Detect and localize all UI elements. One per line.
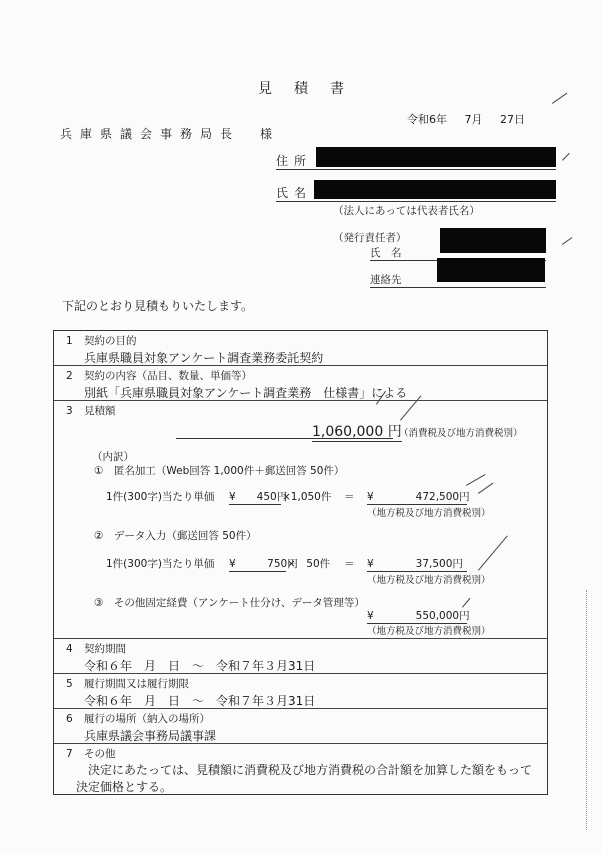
section-number: 3 xyxy=(66,405,84,417)
breakdown-label: （内訳） xyxy=(92,449,134,464)
section-delivery-place: 6履行の場所（納入の場所） 兵庫県議会事務局議事課 xyxy=(54,709,547,744)
item-1-unit-label: 1件(300字)当たり単価 xyxy=(106,489,214,504)
item-2-unit-label: 1件(300字)当たり単価 xyxy=(106,556,214,571)
check-mark xyxy=(562,237,572,245)
item-2-equals: ＝ xyxy=(344,556,355,571)
intro-text: 下記のとおり見積もりいたします。 xyxy=(62,297,253,314)
section-number: 6 xyxy=(66,713,84,725)
section-body: 決定にあたっては、見積額に消費税及び地方消費税の合計額を加算した額をもって決定価… xyxy=(54,761,541,799)
item-1-unit-price: ¥ 450円 xyxy=(229,489,281,505)
item-1-amount: ¥ 472,500円 xyxy=(367,489,467,505)
section-number: 5 xyxy=(66,678,84,690)
section-heading: 履行期間又は履行期限 xyxy=(84,678,189,690)
section-number: 2 xyxy=(66,370,84,382)
section-purpose: 1契約の目的 兵庫県職員対象アンケート調査業務委託契約 xyxy=(54,331,547,366)
section-content: 2契約の内容（品目、数量、単価等） 別紙「兵庫県職員対象アンケート調査業務 仕様… xyxy=(54,366,547,401)
redacted-name xyxy=(314,180,556,199)
item-2-unit-price: ¥ 750円 xyxy=(229,556,286,572)
item-3-amount: ¥ 550,000円 xyxy=(367,608,467,624)
section-heading: その他 xyxy=(84,748,116,760)
issue-date: 令和6年 7月 27日 xyxy=(407,111,525,127)
item-2-amount: ¥ 37,500円 xyxy=(367,556,467,572)
total-tax-note: （消費税及び地方消費税別） xyxy=(399,425,523,439)
section-number: 1 xyxy=(66,335,84,347)
total-amount: 1,060,000 円 xyxy=(312,421,402,442)
responsible-label: （発行責任者） xyxy=(333,230,407,245)
section-heading: 見積額 xyxy=(84,405,116,417)
addressee: 兵庫県議会事務局長 様 xyxy=(60,125,280,142)
date-day: 27日 xyxy=(500,113,525,126)
section-other: 7その他 決定にあたっては、見積額に消費税及び地方消費税の合計額を加算した額をも… xyxy=(54,744,547,794)
section-estimate: 3見積額 1,060,000 円 （消費税及び地方消費税別） （内訳） ① 匿名… xyxy=(54,401,547,639)
section-heading: 契約の内容（品目、数量、単価等） xyxy=(84,370,252,382)
name-note: （法人にあっては代表者氏名） xyxy=(333,203,480,218)
section-number: 4 xyxy=(66,643,84,655)
check-mark xyxy=(552,93,567,104)
redacted-responsible-name xyxy=(440,228,546,253)
item-1-tax-note: （地方税及び地方消費税別） xyxy=(367,505,491,519)
scan-edge-line xyxy=(586,590,587,830)
section-heading: 契約の目的 xyxy=(84,335,137,347)
item-3-title: ③ その他固定経費（アンケート仕分け、データ管理等） xyxy=(94,595,365,610)
item-2-title: ② データ入力（郵送回答 50件） xyxy=(94,528,257,543)
section-heading: 契約期間 xyxy=(84,643,126,655)
redacted-address xyxy=(316,147,556,167)
item-2-tax-note: （地方税及び地方消費税別） xyxy=(367,572,491,586)
item-1-title: ① 匿名加工（Web回答 1,000件＋郵送回答 50件） xyxy=(94,463,344,478)
document-title: 見積書 xyxy=(258,78,366,98)
redacted-contact xyxy=(437,258,545,282)
item-1-quantity: ×1,050件 xyxy=(282,489,331,504)
date-year: 令和6年 xyxy=(407,113,447,126)
date-month: 7月 xyxy=(465,113,483,126)
check-mark xyxy=(562,153,570,161)
item-1-equals: ＝ xyxy=(344,489,355,504)
section-performance-period: 5履行期間又は履行期限 令和６年 月 日 ～ 令和７年３月31日 xyxy=(54,674,547,709)
item-3-tax-note: （地方税及び地方消費税別） xyxy=(367,623,491,637)
section-contract-period: 4契約期間 令和６年 月 日 ～ 令和７年３月31日 xyxy=(54,639,547,674)
item-2-quantity: × 50件 xyxy=(287,556,330,571)
section-number: 7 xyxy=(66,748,84,760)
estimate-table: 1契約の目的 兵庫県職員対象アンケート調査業務委託契約 2契約の内容（品目、数量… xyxy=(53,330,548,795)
section-heading: 履行の場所（納入の場所） xyxy=(84,713,210,725)
